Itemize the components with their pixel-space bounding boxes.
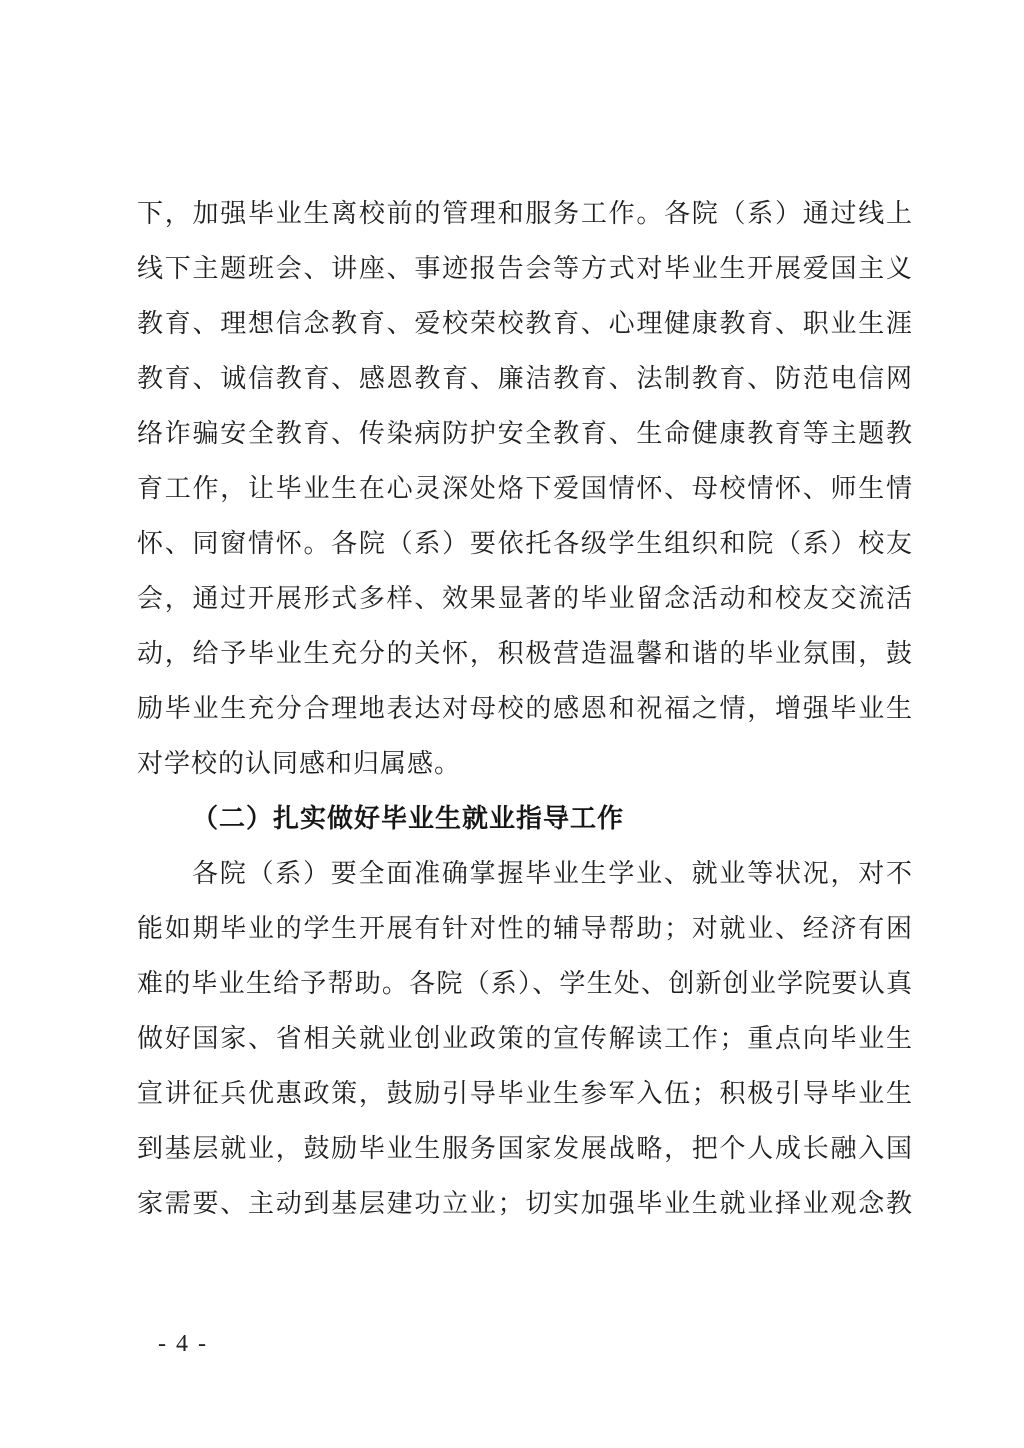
body-line: 育工作，让毕业生在心灵深处烙下爱国情怀、母校情怀、师生情 bbox=[137, 461, 913, 516]
body-line: 家需要、主动到基层建功立业；切实加强毕业生就业择业观念教 bbox=[137, 1176, 913, 1231]
body-line: 教育、诚信教育、感恩教育、廉洁教育、法制教育、防范电信网 bbox=[137, 351, 913, 406]
body-line: 难的毕业生给予帮助。各院（系）、学生处、创新创业学院要认真 bbox=[137, 956, 913, 1011]
body-line: 励毕业生充分合理地表达对母校的感恩和祝福之情，增强毕业生 bbox=[137, 681, 913, 736]
body-line: 宣讲征兵优惠政策，鼓励引导毕业生参军入伍；积极引导毕业生 bbox=[137, 1066, 913, 1121]
body-line: 到基层就业，鼓励毕业生服务国家发展战略，把个人成长融入国 bbox=[137, 1121, 913, 1176]
body-line: 线下主题班会、讲座、事迹报告会等方式对毕业生开展爱国主义 bbox=[137, 241, 913, 296]
body-line: 做好国家、省相关就业创业政策的宣传解读工作；重点向毕业生 bbox=[137, 1011, 913, 1066]
text-block: 下，加强毕业生离校前的管理和服务工作。各院（系）通过线上 线下主题班会、讲座、事… bbox=[137, 186, 913, 1231]
section-heading: （二）扎实做好毕业生就业指导工作 bbox=[137, 791, 913, 846]
body-line: 教育、理想信念教育、爱校荣校教育、心理健康教育、职业生涯 bbox=[137, 296, 913, 351]
body-line: 各院（系）要全面准确掌握毕业生学业、就业等状况，对不 bbox=[137, 846, 913, 901]
document-page: 下，加强毕业生离校前的管理和服务工作。各院（系）通过线上 线下主题班会、讲座、事… bbox=[0, 0, 1024, 1448]
body-line: 动，给予毕业生充分的关怀，积极营造温馨和谐的毕业氛围，鼓 bbox=[137, 626, 913, 681]
body-line: 对学校的认同感和归属感。 bbox=[137, 736, 913, 791]
body-line: 怀、同窗情怀。各院（系）要依托各级学生组织和院（系）校友 bbox=[137, 516, 913, 571]
body-line: 能如期毕业的学生开展有针对性的辅导帮助；对就业、经济有困 bbox=[137, 901, 913, 956]
body-line: 会，通过开展形式多样、效果显著的毕业留念活动和校友交流活 bbox=[137, 571, 913, 626]
page-number: - 4 - bbox=[158, 1326, 208, 1362]
body-line: 络诈骗安全教育、传染病防护安全教育、生命健康教育等主题教 bbox=[137, 406, 913, 461]
body-line: 下，加强毕业生离校前的管理和服务工作。各院（系）通过线上 bbox=[137, 186, 913, 241]
